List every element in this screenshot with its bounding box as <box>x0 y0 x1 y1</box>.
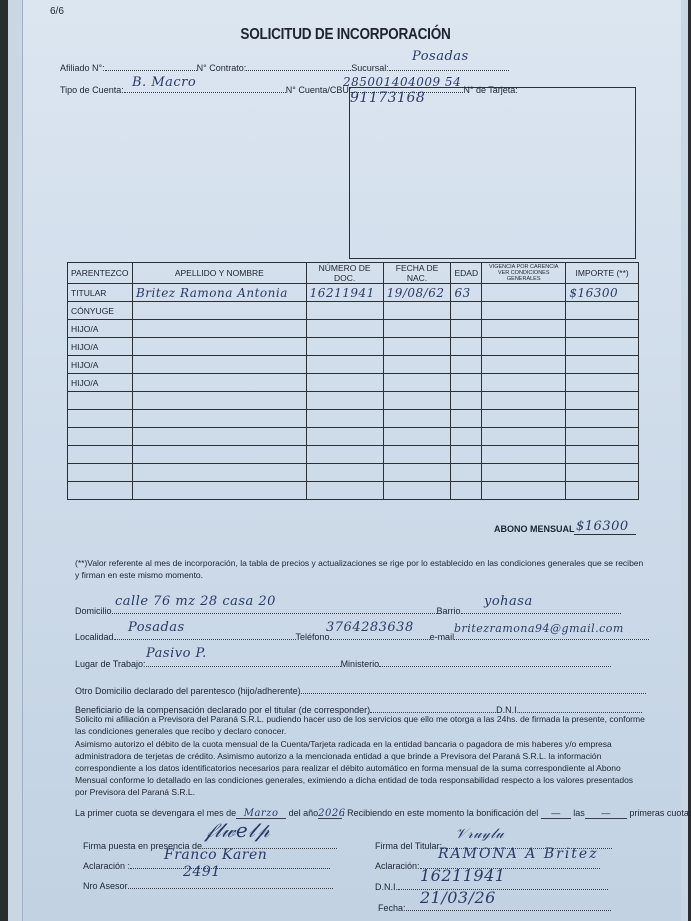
bonif-input[interactable]: — <box>541 808 571 819</box>
col-doc: NÚMERO DE DOC. <box>306 263 383 284</box>
firma-titular-signature: 𝒱𝓇𝓊𝓎𝓁𝓊 <box>455 826 504 842</box>
cell-edad[interactable] <box>451 464 482 482</box>
cell-importe[interactable] <box>566 320 639 338</box>
cell-edad[interactable] <box>451 482 482 500</box>
cell-importe[interactable] <box>566 446 639 464</box>
cell-importe[interactable] <box>566 410 639 428</box>
table-header-row: PARENTEZCO APELLIDO Y NOMBRE NÚMERO DE D… <box>68 263 639 284</box>
cell-fecha[interactable] <box>383 482 451 500</box>
col-nombre: APELLIDO Y NOMBRE <box>132 263 306 284</box>
cell-nombre[interactable] <box>132 464 306 482</box>
cell-doc[interactable] <box>306 482 383 500</box>
cell-nombre[interactable] <box>132 374 306 392</box>
cell-edad[interactable] <box>451 374 482 392</box>
page-indicator: 6/6 <box>50 6 64 17</box>
price-note: (**)Valor referente al mes de incorporac… <box>75 557 645 581</box>
table-row: HIJO/A <box>68 320 639 338</box>
cell-fecha[interactable] <box>383 338 451 356</box>
cell-edad[interactable] <box>451 320 482 338</box>
trabajo-value: Pasivo P. <box>146 646 207 661</box>
col-vigencia: VIGENCIA POR CARENCIAVER CONDICIONES GEN… <box>482 263 566 284</box>
cuenta-cbu-label: N° Cuenta/CBU: <box>286 85 352 95</box>
cell-importe[interactable] <box>566 374 639 392</box>
cell-fecha[interactable] <box>383 428 451 446</box>
family-table: PARENTEZCO APELLIDO Y NOMBRE NÚMERO DE D… <box>67 262 639 500</box>
table-row <box>68 482 639 500</box>
table-row <box>68 392 639 410</box>
cell-vigencia[interactable] <box>482 410 566 428</box>
firma-presencia-signature: 𝒻𝓁𝓌𝑒𝓁𝓅 <box>205 818 270 842</box>
aclaracion-titular-label: Aclaración: <box>375 861 420 871</box>
table-row: HIJO/A <box>68 356 639 374</box>
cell-doc[interactable] <box>306 302 383 320</box>
cell-fecha[interactable] <box>383 374 451 392</box>
cell-fecha[interactable]: 19/08/62 <box>383 284 451 302</box>
table-row <box>68 464 639 482</box>
cell-nombre[interactable]: Britez Ramona Antonia <box>132 284 306 302</box>
cell-parentezco[interactable]: HIJO/A <box>68 356 133 374</box>
table-row: HIJO/A <box>68 374 639 392</box>
cell-vigencia[interactable] <box>482 356 566 374</box>
cell-importe[interactable] <box>566 338 639 356</box>
cell-doc[interactable] <box>306 338 383 356</box>
table-row <box>68 410 639 428</box>
cuota-anio-label: del año <box>289 808 319 818</box>
cell-parentezco[interactable] <box>68 464 133 482</box>
sucursal-value: Posadas <box>412 49 469 64</box>
otro-domicilio-label: Otro Domicilio declarado del parentesco … <box>75 686 301 696</box>
cell-fecha[interactable] <box>383 464 451 482</box>
cell-parentezco[interactable] <box>68 428 133 446</box>
domicilio-label: Domicilio <box>75 606 112 616</box>
cell-parentezco[interactable] <box>68 482 133 500</box>
cell-parentezco[interactable]: HIJO/A <box>68 338 133 356</box>
cell-doc[interactable] <box>306 446 383 464</box>
cuota-mid: . Recibiendo en este momento la bonifica… <box>342 808 538 818</box>
beneficiario-input[interactable] <box>370 702 496 713</box>
otro-domicilio-input[interactable] <box>301 683 646 694</box>
tarjeta-box[interactable] <box>349 87 636 259</box>
trabajo-label: Lugar de Trabajo: <box>75 659 146 669</box>
contrato-input[interactable] <box>246 60 351 71</box>
cell-vigencia[interactable] <box>482 338 566 356</box>
cell-vigencia[interactable] <box>482 374 566 392</box>
cell-doc[interactable] <box>306 464 383 482</box>
cell-edad[interactable] <box>451 356 482 374</box>
cell-edad[interactable] <box>451 428 482 446</box>
cell-parentezco[interactable]: CÓNYUGE <box>68 302 133 320</box>
dni-titular-value: 16211941 <box>420 866 505 885</box>
form-title: SOLICITUD DE INCORPORACIÓN <box>52 26 639 44</box>
cell-importe[interactable] <box>566 482 639 500</box>
tipo-cuenta-label: Tipo de Cuenta: <box>60 85 124 95</box>
cuota-suffix: primeras cuotas.- <box>629 808 691 818</box>
cell-parentezco[interactable]: HIJO/A <box>68 374 133 392</box>
cell-edad[interactable] <box>451 302 482 320</box>
cell-nombre[interactable] <box>132 338 306 356</box>
cell-fecha[interactable] <box>383 446 451 464</box>
tarjeta-value: 91173168 <box>350 90 425 106</box>
las-input[interactable]: — <box>585 808 627 819</box>
cell-nombre[interactable] <box>132 482 306 500</box>
cell-doc[interactable] <box>306 320 383 338</box>
tipo-cuenta-value: B. Macro <box>132 75 196 90</box>
cell-doc[interactable] <box>306 410 383 428</box>
cell-importe[interactable] <box>566 464 639 482</box>
cell-edad[interactable] <box>451 338 482 356</box>
email-label: e-mail <box>430 632 455 642</box>
asesor-input[interactable] <box>128 878 333 889</box>
col-fecha: FECHA DE NAC. <box>383 263 451 284</box>
cell-nombre[interactable] <box>132 392 306 410</box>
cuota-anio-input[interactable]: 2026 <box>318 808 342 819</box>
cell-nombre[interactable] <box>132 428 306 446</box>
table-row <box>68 428 639 446</box>
cell-importe[interactable] <box>566 428 639 446</box>
aclaracion-asesor-label: Aclaración : <box>83 861 130 871</box>
afiliado-input[interactable] <box>105 60 197 71</box>
cell-fecha[interactable] <box>383 302 451 320</box>
cell-vigencia[interactable] <box>482 392 566 410</box>
table-row: TITULARBritez Ramona Antonia1621194119/0… <box>68 284 639 302</box>
cell-importe[interactable] <box>566 392 639 410</box>
table-row <box>68 446 639 464</box>
cell-vigencia[interactable] <box>482 320 566 338</box>
barrio-value: yohasa <box>484 594 533 609</box>
cell-nombre[interactable] <box>132 410 306 428</box>
table-row: CÓNYUGE <box>68 302 639 320</box>
cell-fecha[interactable] <box>383 410 451 428</box>
cell-edad[interactable] <box>451 446 482 464</box>
fecha-value: 21/03/26 <box>420 888 496 907</box>
email-value: britezramona94@gmail.com <box>454 622 624 635</box>
aclaracion-asesor-value: Franco Karen <box>164 847 267 863</box>
cell-doc[interactable]: 16211941 <box>306 284 383 302</box>
cell-vigencia[interactable] <box>482 428 566 446</box>
dni-titular-label: D.N.I. <box>375 882 398 892</box>
cell-doc[interactable] <box>306 392 383 410</box>
ministerio-label: Ministerio <box>341 659 380 669</box>
cell-fecha[interactable] <box>383 392 451 410</box>
localidad-label: Localidad <box>75 632 114 642</box>
cuota-line: La primer cuota se devengara el mes deMa… <box>75 808 691 819</box>
fecha-label: Fecha: <box>378 903 406 913</box>
col-parentezco: PARENTEZCO <box>68 263 133 284</box>
cell-edad[interactable] <box>451 410 482 428</box>
cell-nombre[interactable] <box>132 302 306 320</box>
ministerio-input[interactable] <box>379 656 611 667</box>
barrio-label: Barrio <box>437 606 461 616</box>
asesor-label: Nro Asesor <box>83 881 128 891</box>
cell-importe[interactable] <box>566 356 639 374</box>
cell-vigencia[interactable] <box>482 284 566 302</box>
cell-parentezco[interactable]: HIJO/A <box>68 320 133 338</box>
cell-doc[interactable] <box>306 374 383 392</box>
cell-importe[interactable]: $16300 <box>566 284 639 302</box>
beneficiario-dni-input[interactable] <box>519 702 642 713</box>
cell-nombre[interactable] <box>132 356 306 374</box>
las-label: las <box>573 808 585 818</box>
cell-nombre[interactable] <box>132 320 306 338</box>
cell-fecha[interactable] <box>383 356 451 374</box>
telefono-label: Teléfono <box>296 632 330 642</box>
cell-doc[interactable] <box>306 356 383 374</box>
domicilio-value: calle 76 mz 28 casa 20 <box>115 594 276 609</box>
legal-paragraph-2: Asimismo autorizo el débito de la cuota … <box>75 738 645 798</box>
cell-parentezco[interactable] <box>68 446 133 464</box>
cell-parentezco[interactable] <box>68 410 133 428</box>
col-importe: IMPORTE (**) <box>566 263 639 284</box>
telefono-value: 3764283638 <box>326 620 414 635</box>
cell-nombre[interactable] <box>132 446 306 464</box>
otro-domicilio-field[interactable]: Otro Domicilio declarado del parentesco … <box>75 683 646 696</box>
asesor-value: 2491 <box>183 864 221 880</box>
sucursal-label: Sucursal: <box>351 63 389 73</box>
abono-label: ABONO MENSUAL <box>494 524 575 534</box>
cell-vigencia[interactable] <box>482 482 566 500</box>
table-row: HIJO/A <box>68 338 639 356</box>
cell-vigencia[interactable] <box>482 446 566 464</box>
cell-parentezco[interactable]: TITULAR <box>68 284 133 302</box>
cell-edad[interactable]: 63 <box>451 284 482 302</box>
cell-edad[interactable] <box>451 392 482 410</box>
cell-doc[interactable] <box>306 428 383 446</box>
aclaracion-titular-value: RAMONA A Britez <box>438 846 599 862</box>
cell-fecha[interactable] <box>383 320 451 338</box>
afiliado-label: Afiliado N°: <box>60 63 105 73</box>
contrato-label: N° Contrato: <box>197 63 247 73</box>
legal-paragraph-1: Solicito mi afiliación a Previsora del P… <box>75 713 645 737</box>
localidad-value: Posadas <box>128 620 185 635</box>
cell-importe[interactable] <box>566 302 639 320</box>
abono-value: $16300 <box>576 519 629 534</box>
cuota-prefix: La primer cuota se devengara el mes de <box>75 808 236 818</box>
firma-titular-label: Firma del Titular: <box>375 841 442 851</box>
col-edad: EDAD <box>451 263 482 284</box>
cell-parentezco[interactable] <box>68 392 133 410</box>
cell-vigencia[interactable] <box>482 464 566 482</box>
abono-underline <box>574 534 636 535</box>
cell-vigencia[interactable] <box>482 302 566 320</box>
